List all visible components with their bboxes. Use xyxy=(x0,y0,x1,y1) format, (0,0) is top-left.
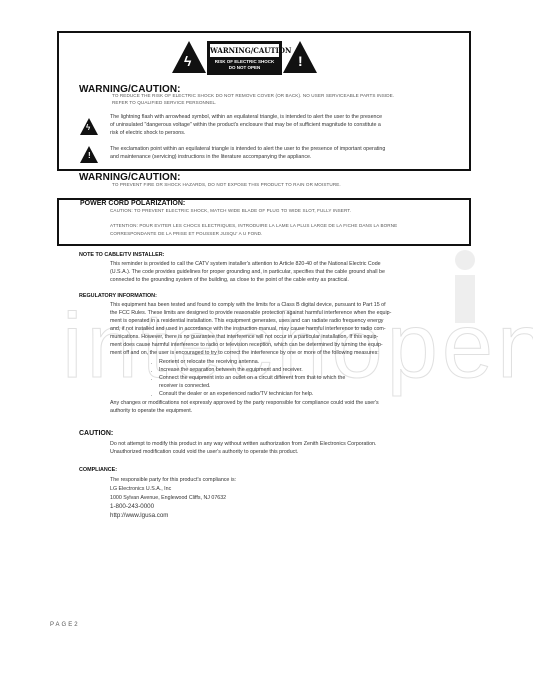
compliance-heading: COMPLIANCE: xyxy=(79,467,117,473)
regulatory-line-3: ment is operated in a residential instal… xyxy=(110,317,383,325)
measure-bullet: . xyxy=(151,367,152,375)
measure-1: Reorient or relocate the receiving anten… xyxy=(159,358,259,366)
regulatory-footer-1: Any changes or modifications not express… xyxy=(110,399,379,407)
caution-line-1: Do not attempt to modify this product in… xyxy=(110,440,376,448)
polarization-attention-2: CORRESPONDANTE DE LA PRISE ET POUSSER JU… xyxy=(110,230,262,238)
polarization-heading: POWER CORD POLARIZATION: xyxy=(80,200,185,207)
measure-3-cont: receiver is connected. xyxy=(159,382,211,390)
warning-label-title: WARNING/CAUTION xyxy=(210,44,279,57)
warning-symbols: ϟ WARNING/CAUTION RISK OF ELECTRIC SHOCK… xyxy=(172,41,322,77)
lightning-icon: ϟ xyxy=(80,118,98,135)
regulatory-line-6: ment does cause harmful interference to … xyxy=(110,341,383,349)
measure-bullet: . xyxy=(151,359,152,367)
exclamation-text-1: The exclamation point within an equilate… xyxy=(110,145,385,153)
cable-line-1: This reminder is provided to call the CA… xyxy=(110,260,381,268)
regulatory-line-7: ment off and on, the user is encouraged … xyxy=(110,349,379,357)
watermark-dot xyxy=(455,250,475,270)
lightning-text-1: The lightning flash with arrowhead symbo… xyxy=(110,113,382,121)
lightning-triangle-icon: ϟ xyxy=(172,41,206,73)
measure-4: Consult the dealer or an experienced rad… xyxy=(159,390,313,398)
polarization-caution: CAUTION: TO PREVENT ELECTRIC SHOCK, MATC… xyxy=(110,207,351,215)
measure-bullet: . xyxy=(151,391,152,399)
warning-caps-line2: REFER TO QUALIFIED SERVICE PERSONNEL. xyxy=(112,99,217,107)
measure-2: Increase the separation between the equi… xyxy=(159,366,303,374)
polarization-attention-1: ATTENTION: POUR EVITER LES CHOCS ELECTRI… xyxy=(110,222,397,230)
warning-label-line2: DO NOT OPEN xyxy=(208,65,281,71)
exclamation-text-2: and maintenance (servicing) instructions… xyxy=(110,153,311,161)
regulatory-line-5: munications. However, there is no guaran… xyxy=(110,333,378,341)
warning-label: WARNING/CAUTION RISK OF ELECTRIC SHOCK D… xyxy=(207,41,282,75)
exclamation-triangle-icon: ! xyxy=(283,41,317,73)
lightning-text-3: risk of electric shock to persons. xyxy=(110,129,185,137)
compliance-phone: 1-800-243-0000 xyxy=(110,503,154,510)
regulatory-heading: REGULATORY INFORMATION: xyxy=(79,293,157,299)
measure-3: Connect the equipment into an outlet on … xyxy=(159,374,345,382)
regulatory-footer-2: authority to operate the equipment. xyxy=(110,407,192,415)
watermark-bar xyxy=(455,275,475,323)
measure-bullet: . xyxy=(151,375,152,383)
cable-line-2: (U.S.A.). The code provides guidelines f… xyxy=(110,268,385,276)
regulatory-line-1: This equipment has been tested and found… xyxy=(110,301,386,309)
caution-line-2: Unauthorized modification could void the… xyxy=(110,448,298,456)
caution-heading: CAUTION: xyxy=(79,430,113,437)
compliance-company: LG Electronics U.S.A., Inc xyxy=(110,485,171,493)
compliance-intro: The responsible party for this product's… xyxy=(110,476,236,484)
warning2-text: TO PREVENT FIRE OR SHOCK HAZARDS, DO NOT… xyxy=(112,181,341,189)
lightning-text-2: of uninsulated "dangerous voltage" withi… xyxy=(110,121,381,129)
page-number: PAGE2 xyxy=(50,622,80,628)
regulatory-line-4: and, if not installed and used in accord… xyxy=(110,325,386,333)
compliance-url[interactable]: http://www.lgusa.com xyxy=(110,512,168,519)
compliance-address: 1000 Sylvan Avenue, Englewood Cliffs, NJ… xyxy=(110,494,226,502)
cable-line-3: connected to the grounding system of the… xyxy=(110,276,349,284)
cable-heading: NOTE TO CABLE/TV INSTALLER: xyxy=(79,252,164,258)
exclamation-icon: ! xyxy=(80,146,98,163)
regulatory-line-2: the FCC Rules. These limits are designed… xyxy=(110,309,391,317)
